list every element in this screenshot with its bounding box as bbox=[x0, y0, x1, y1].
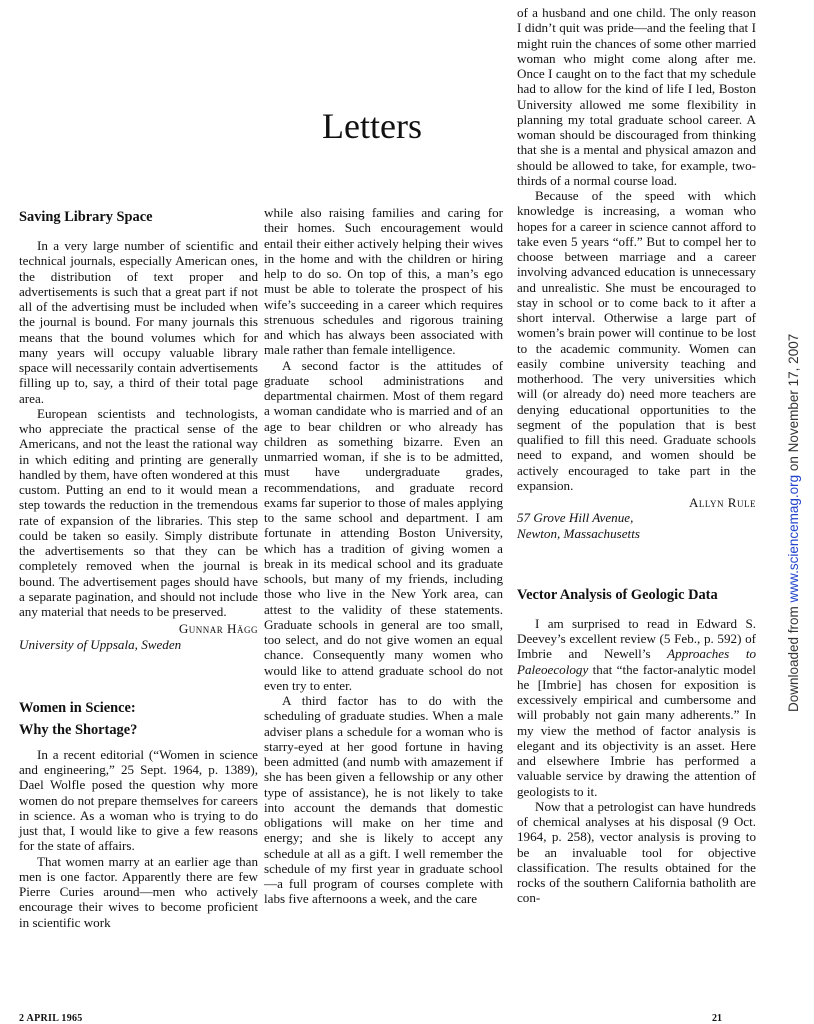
paragraph: I am surprised to read in Edward S. Deev… bbox=[517, 616, 756, 799]
paragraph-continued: of a husband and one child. The only rea… bbox=[517, 5, 756, 188]
download-suffix: on November 17, 2007 bbox=[786, 334, 801, 475]
footer-date: 2 APRIL 1965 bbox=[19, 1013, 83, 1024]
signature: Allyn Rule bbox=[517, 495, 756, 510]
letter-heading-line1: Women in Science: bbox=[19, 698, 258, 718]
page-number: 21 bbox=[712, 1013, 722, 1024]
address: University of Uppsala, Sweden bbox=[19, 637, 258, 652]
paragraph: A second factor is the attitudes of grad… bbox=[264, 358, 503, 694]
text: that “the factor-analytic model he [Imbr… bbox=[517, 662, 756, 799]
page-title: Letters bbox=[322, 106, 422, 146]
column-2: while also raising families and caring f… bbox=[264, 205, 503, 907]
sciencemag-link[interactable]: www.sciencemag.org bbox=[786, 475, 801, 603]
paragraph: In a recent editorial (“Women in science… bbox=[19, 747, 258, 854]
letter-heading: Vector Analysis of Geologic Data bbox=[517, 585, 756, 605]
paragraph-continued: while also raising families and caring f… bbox=[264, 205, 503, 358]
column-3: of a husband and one child. The only rea… bbox=[517, 5, 756, 906]
paragraph: A third factor has to do with the schedu… bbox=[264, 693, 503, 907]
download-prefix: Downloaded from bbox=[786, 602, 801, 712]
paragraph: Because of the speed with which knowledg… bbox=[517, 188, 756, 493]
letter-women-in-science: Women in Science: Why the Shortage? In a… bbox=[19, 698, 258, 930]
letter-heading: Saving Library Space bbox=[19, 207, 258, 227]
letter-vector-analysis: Vector Analysis of Geologic Data I am su… bbox=[517, 585, 756, 906]
download-notice: Downloaded from www.sciencemag.org on No… bbox=[786, 334, 801, 712]
address-line: 57 Grove Hill Avenue, bbox=[517, 510, 756, 525]
signature: Gunnar Hägg bbox=[19, 621, 258, 636]
paragraph: European scientists and technologists, w… bbox=[19, 406, 258, 620]
paragraph: In a very large number of scientific and… bbox=[19, 238, 258, 406]
paragraph: Now that a petrologist can have hundreds… bbox=[517, 799, 756, 906]
letter-heading-line2: Why the Shortage? bbox=[19, 720, 258, 740]
column-1: Saving Library Space In a very large num… bbox=[19, 207, 258, 930]
letter-saving-library-space: Saving Library Space In a very large num… bbox=[19, 207, 258, 652]
paragraph: That women marry at an earlier age than … bbox=[19, 854, 258, 930]
address-line: Newton, Massachusetts bbox=[517, 526, 756, 541]
